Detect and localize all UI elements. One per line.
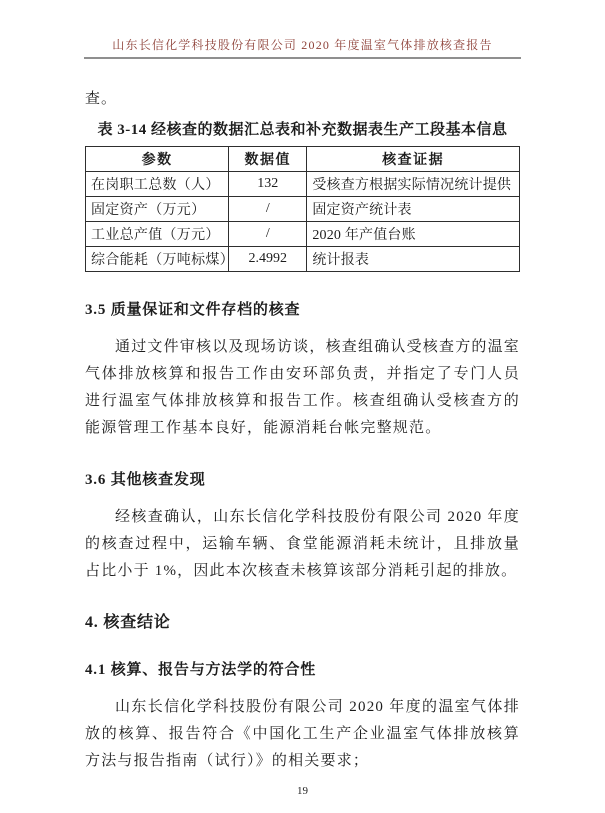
running-header-title: 山东长信化学科技股份有限公司 2020 年度温室气体排放核查报告 — [84, 36, 521, 53]
section-heading-4-1: 4.1 核算、报告与方法学的符合性 — [85, 658, 520, 679]
table-row: 工业总产值（万元） / 2020 年产值台账 — [86, 222, 520, 247]
page-header: 山东长信化学科技股份有限公司 2020 年度温室气体排放核查报告 — [84, 0, 521, 59]
column-header-parameter: 参数 — [86, 147, 229, 172]
cell-parameter: 固定资产（万元） — [86, 197, 229, 222]
column-header-value: 数据值 — [229, 147, 307, 172]
chapter-heading-4: 4. 核查结论 — [85, 609, 520, 632]
paragraph-continuation: 查。 — [85, 87, 520, 108]
section-heading-3-6: 3.6 其他核查发现 — [85, 468, 520, 489]
cell-parameter: 在岗职工总数（人） — [86, 172, 229, 197]
table-row: 综合能耗（万吨标煤） 2.4992 统计报表 — [86, 247, 520, 272]
cell-evidence: 受核查方根据实际情况统计提供 — [307, 172, 520, 197]
section-heading-3-5: 3.5 质量保证和文件存档的核查 — [85, 298, 520, 319]
cell-value: 2.4992 — [229, 247, 307, 272]
section-4-1-paragraph: 山东长信化学科技股份有限公司 2020 年度的温室气体排放的核算、报告符合《中国… — [85, 694, 520, 775]
cell-value: 132 — [229, 172, 307, 197]
cell-evidence: 2020 年产值台账 — [307, 222, 520, 247]
cell-evidence: 固定资产统计表 — [307, 197, 520, 222]
section-3-5-paragraph: 通过文件审核以及现场访谈，核查组确认受核查方的温室气体排放核算和报告工作由安环部… — [85, 334, 520, 442]
column-header-evidence: 核查证据 — [307, 147, 520, 172]
page-footer: 19 — [0, 785, 605, 797]
table-caption: 表 3-14 经核查的数据汇总表和补充数据表生产工段基本信息 — [85, 118, 520, 139]
cell-value: / — [229, 197, 307, 222]
table-row: 固定资产（万元） / 固定资产统计表 — [86, 197, 520, 222]
cell-value: / — [229, 222, 307, 247]
table-row: 在岗职工总数（人） 132 受核查方根据实际情况统计提供 — [86, 172, 520, 197]
cell-parameter: 工业总产值（万元） — [86, 222, 229, 247]
section-3-6-paragraph: 经核查确认，山东长信化学科技股份有限公司 2020 年度的核查过程中，运输车辆、… — [85, 504, 520, 585]
verified-data-table: 参数 数据值 核查证据 在岗职工总数（人） 132 受核查方根据实际情况统计提供… — [85, 146, 520, 272]
table-header-row: 参数 数据值 核查证据 — [86, 147, 520, 172]
cell-parameter: 综合能耗（万吨标煤） — [86, 247, 229, 272]
document-page: 山东长信化学科技股份有限公司 2020 年度温室气体排放核查报告 查。 表 3-… — [0, 0, 605, 813]
page-number: 19 — [297, 785, 308, 797]
cell-evidence: 统计报表 — [307, 247, 520, 272]
page-content: 查。 表 3-14 经核查的数据汇总表和补充数据表生产工段基本信息 参数 数据值… — [85, 87, 520, 775]
